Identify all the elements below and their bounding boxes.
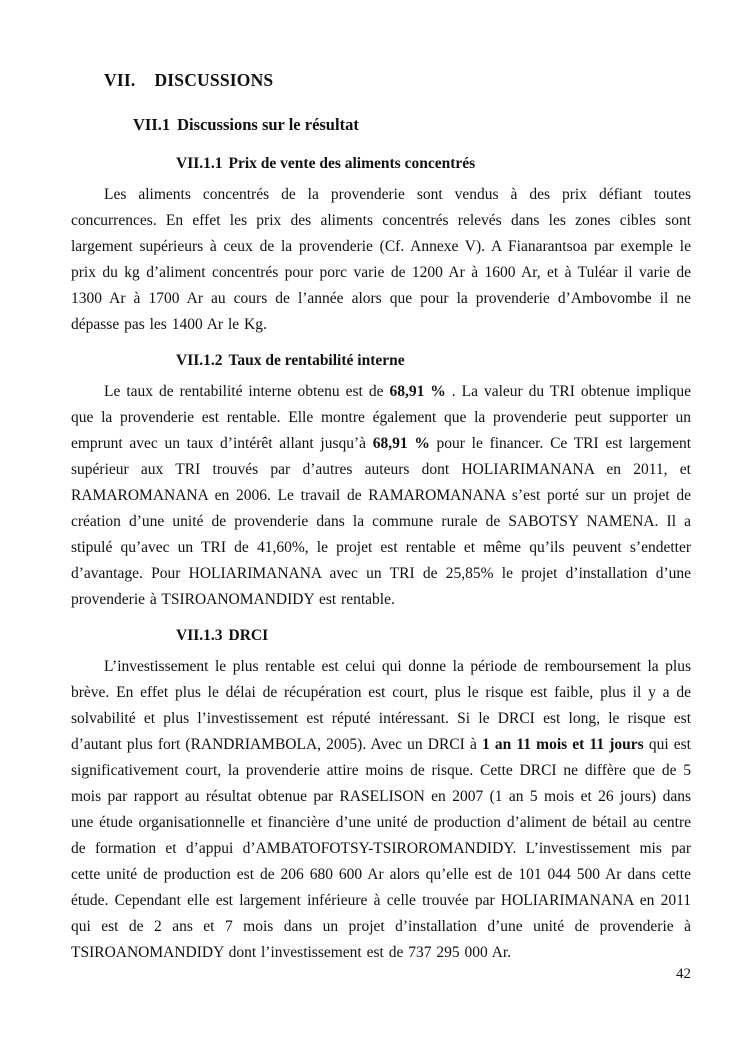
section-heading-discussions-resultat: VII.1Discussions sur le résultat [133, 115, 691, 135]
subsection-title: Prix de vente des aliments concentrés [229, 155, 476, 172]
paragraph-taux-rentabilite: Le taux de rentabilité interne obtenu es… [71, 379, 691, 613]
chapter-number: VII. [104, 70, 135, 91]
subsection-number: VII.1.3 [176, 627, 223, 645]
subsection-heading-drci: VII.1.3DRCI [176, 627, 691, 645]
paragraph-drci: L’investissement le plus rentable est ce… [71, 654, 691, 966]
chapter-heading: VII.DISCUSSIONS [104, 0, 691, 91]
document-page: VII.DISCUSSIONS VII.1Discussions sur le … [0, 0, 745, 1053]
chapter-title: DISCUSSIONS [154, 70, 273, 90]
page-number: 42 [676, 966, 691, 983]
subsection-title: DRCI [229, 627, 269, 644]
paragraph-prix-de-vente: Les aliments concentrés de la provenderi… [71, 182, 691, 338]
section-number: VII.1 [133, 115, 170, 135]
subsection-heading-prix-de-vente: VII.1.1Prix de vente des aliments concen… [176, 155, 691, 173]
subsection-number: VII.1.1 [176, 155, 223, 173]
subsection-title: Taux de rentabilité interne [229, 352, 405, 369]
subsection-number: VII.1.2 [176, 352, 223, 370]
subsection-heading-taux-rentabilite: VII.1.2Taux de rentabilité interne [176, 352, 691, 370]
section-title: Discussions sur le résultat [177, 115, 359, 134]
